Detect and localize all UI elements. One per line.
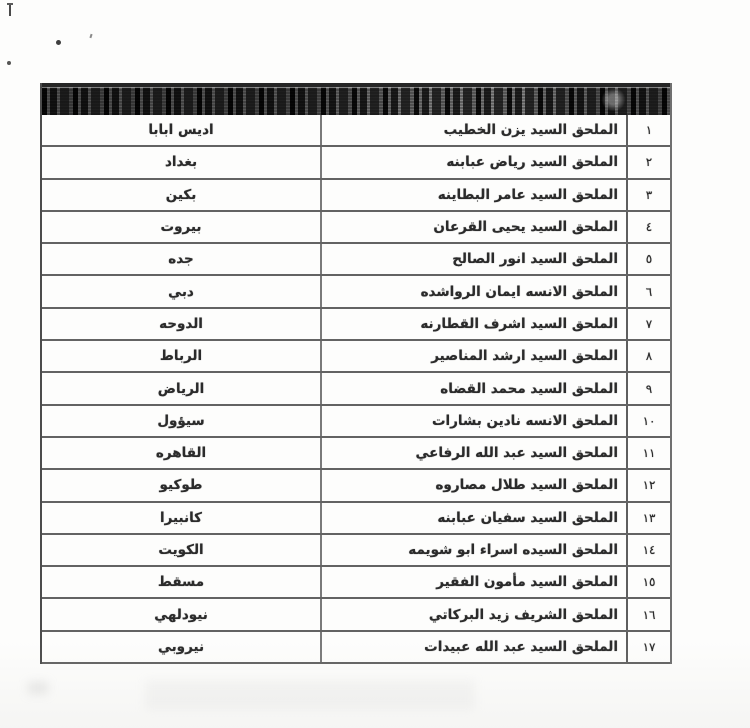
scanned-page: ١ الملحق السيد يزن الخطيب اديس ابابا ٢ ا… xyxy=(0,0,750,728)
scan-ghost-smudge xyxy=(145,680,475,710)
table-row: ١٥ الملحق السيد مأمون الفقير مسقط xyxy=(42,567,670,599)
table-row: ١١ الملحق السيد عبد الله الرفاعي القاهره xyxy=(42,438,670,470)
attache-name-cell: الملحق السيد يحيى القرعان xyxy=(320,212,626,242)
scan-artifact-dot xyxy=(7,61,11,65)
table-row: ١٦ الملحق الشريف زيد البركاتي نيودلهي xyxy=(42,599,670,631)
row-number-cell: ٩ xyxy=(626,373,670,403)
attache-name-cell: الملحق السيد يزن الخطيب xyxy=(320,115,626,145)
row-number-cell: ١٧ xyxy=(626,632,670,662)
row-number-cell: ٥ xyxy=(626,244,670,274)
attache-postings-table: ١ الملحق السيد يزن الخطيب اديس ابابا ٢ ا… xyxy=(40,83,672,664)
row-number-cell: ٧ xyxy=(626,309,670,339)
city-name-cell: القاهره xyxy=(42,438,320,468)
row-number-cell: ٣ xyxy=(626,180,670,210)
row-number-cell: ١٤ xyxy=(626,535,670,565)
table-row: ٦ الملحق الانسه ايمان الرواشده دبي xyxy=(42,276,670,308)
attache-name-cell: الملحق السيد سفيان عبابنه xyxy=(320,503,626,533)
table-row: ١٧ الملحق السيد عبد الله عبيدات نيروبي xyxy=(42,632,670,664)
attache-name-cell: الملحق السيد ارشد المناصير xyxy=(320,341,626,371)
attache-name-cell: الملحق الانسه نادين بشارات xyxy=(320,406,626,436)
city-name-cell: جده xyxy=(42,244,320,274)
city-name-cell: دبي xyxy=(42,276,320,306)
table-body: ١ الملحق السيد يزن الخطيب اديس ابابا ٢ ا… xyxy=(42,115,670,664)
table-row: ٥ الملحق السيد انور الصالح جده xyxy=(42,244,670,276)
scan-artifact-dot xyxy=(56,40,61,45)
row-number-cell: ٢ xyxy=(626,147,670,177)
attache-name-cell: الملحق السيد اشرف القطارنه xyxy=(320,309,626,339)
row-number-cell: ٨ xyxy=(626,341,670,371)
table-row: ٤ الملحق السيد يحيى القرعان بيروت xyxy=(42,212,670,244)
row-number-cell: ١٣ xyxy=(626,503,670,533)
attache-name-cell: الملحق السيد عبد الله عبيدات xyxy=(320,632,626,662)
table-row: ١٠ الملحق الانسه نادين بشارات سيؤول xyxy=(42,406,670,438)
table-row: ١٣ الملحق السيد سفيان عبابنه كانبيرا xyxy=(42,503,670,535)
city-name-cell: نيودلهي xyxy=(42,599,320,629)
city-name-cell: نيروبي xyxy=(42,632,320,662)
table-row: ٨ الملحق السيد ارشد المناصير الرباط xyxy=(42,341,670,373)
scan-artifact-line xyxy=(9,3,11,16)
attache-name-cell: الملحق السيده اسراء ابو شويمه xyxy=(320,535,626,565)
row-number-cell: ٤ xyxy=(626,212,670,242)
city-name-cell: كانبيرا xyxy=(42,503,320,533)
attache-name-cell: الملحق السيد عبد الله الرفاعي xyxy=(320,438,626,468)
attache-name-cell: الملحق السيد مأمون الفقير xyxy=(320,567,626,597)
city-name-cell: طوكيو xyxy=(42,470,320,500)
attache-name-cell: الملحق السيد عامر البطاينه xyxy=(320,180,626,210)
table-row: ٩ الملحق السيد محمد القضاه الرياض xyxy=(42,373,670,405)
city-name-cell: الكويت xyxy=(42,535,320,565)
city-name-cell: بيروت xyxy=(42,212,320,242)
table-row: ٣ الملحق السيد عامر البطاينه بكين xyxy=(42,180,670,212)
row-number-cell: ١٠ xyxy=(626,406,670,436)
table-row: ١ الملحق السيد يزن الخطيب اديس ابابا xyxy=(42,115,670,147)
row-number-cell: ١٢ xyxy=(626,470,670,500)
attache-name-cell: الملحق السيد رياض عبابنه xyxy=(320,147,626,177)
attache-name-cell: الملحق السيد طلال مصاروه xyxy=(320,470,626,500)
table-header-band-illegible xyxy=(42,83,670,115)
city-name-cell: مسقط xyxy=(42,567,320,597)
table-row: ١٤ الملحق السيده اسراء ابو شويمه الكويت xyxy=(42,535,670,567)
city-name-cell: الرباط xyxy=(42,341,320,371)
row-number-cell: ٦ xyxy=(626,276,670,306)
table-row: ٢ الملحق السيد رياض عبابنه بغداد xyxy=(42,147,670,179)
table-row: ١٢ الملحق السيد طلال مصاروه طوكيو xyxy=(42,470,670,502)
city-name-cell: الدوحه xyxy=(42,309,320,339)
city-name-cell: الرياض xyxy=(42,373,320,403)
scan-artifact-tick xyxy=(89,34,92,38)
scan-ghost-smudge xyxy=(28,682,48,694)
attache-name-cell: الملحق الشريف زيد البركاتي xyxy=(320,599,626,629)
attache-name-cell: الملحق السيد انور الصالح xyxy=(320,244,626,274)
city-name-cell: اديس ابابا xyxy=(42,115,320,145)
attache-name-cell: الملحق السيد محمد القضاه xyxy=(320,373,626,403)
row-number-cell: ١ xyxy=(626,115,670,145)
row-number-cell: ١٦ xyxy=(626,599,670,629)
row-number-cell: ١٥ xyxy=(626,567,670,597)
attache-name-cell: الملحق الانسه ايمان الرواشده xyxy=(320,276,626,306)
table-row: ٧ الملحق السيد اشرف القطارنه الدوحه xyxy=(42,309,670,341)
city-name-cell: بغداد xyxy=(42,147,320,177)
row-number-cell: ١١ xyxy=(626,438,670,468)
city-name-cell: بكين xyxy=(42,180,320,210)
city-name-cell: سيؤول xyxy=(42,406,320,436)
